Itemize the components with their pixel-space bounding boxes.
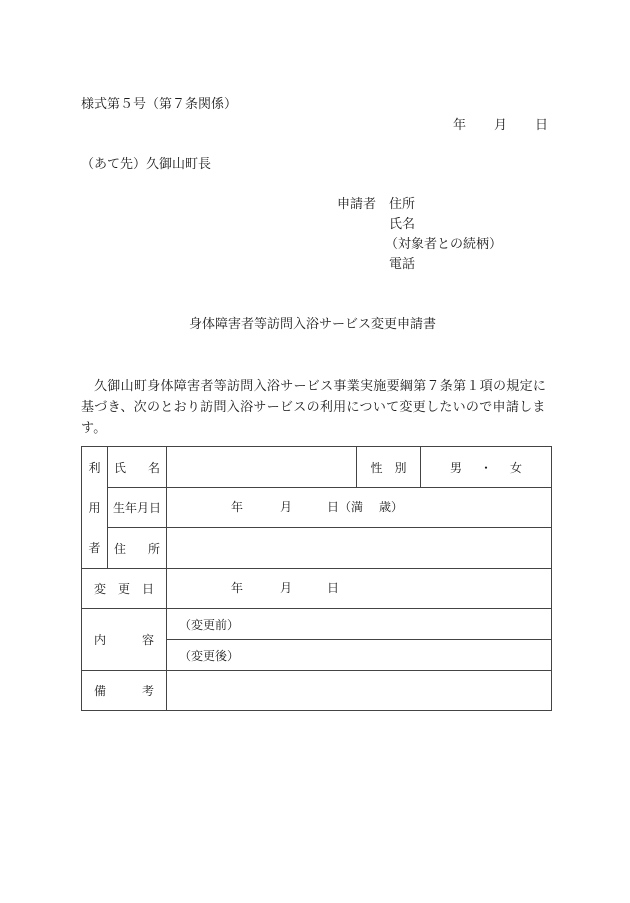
user-group-char-2: 用	[82, 499, 107, 516]
user-group-char-3: 者	[82, 539, 107, 556]
row-address: 住 所	[82, 528, 552, 569]
address-label-char-2: 所	[148, 540, 160, 557]
name-label-char-1: 氏	[114, 459, 126, 476]
address-field[interactable]	[167, 528, 552, 569]
applicant-name-label: 氏名	[389, 218, 415, 231]
content-after-label: （変更後）	[179, 649, 239, 663]
content-after-field[interactable]: （変更後）	[167, 640, 552, 671]
user-group-char-1: 利	[82, 459, 107, 476]
address-label-char-1: 住	[114, 540, 126, 557]
gender-option-male[interactable]: 男	[450, 459, 462, 476]
gender-option-female[interactable]: 女	[510, 459, 522, 476]
content-before-label: （変更前）	[179, 618, 239, 632]
birthdate-label: 生年月日	[108, 488, 167, 528]
applicant-address-label: 住所	[389, 198, 415, 211]
content-before-field[interactable]: （変更前）	[167, 609, 552, 640]
change-date-month: 月	[280, 582, 292, 594]
gender-label-char-1: 性	[370, 459, 382, 476]
content-label: 内 容	[82, 609, 167, 671]
change-date-day: 日	[327, 582, 339, 594]
body-text: 久御山町身体障害者等訪問入浴サービス事業実施要綱第７条第１項の規定に基づき、次の…	[81, 376, 553, 439]
gender-label-char-2: 別	[395, 459, 407, 476]
remarks-field[interactable]	[167, 671, 552, 711]
change-date-label: 変 更 日	[82, 569, 167, 609]
name-label-char-2: 名	[148, 459, 160, 476]
birthdate-field[interactable]: 年 月 日（満 歳）	[167, 488, 552, 528]
date-month-label: 月	[494, 119, 507, 132]
address-label: 住 所	[108, 528, 167, 569]
birthdate-month: 月	[280, 501, 292, 513]
name-label: 氏 名	[108, 447, 167, 488]
user-group-label: 利 用 者	[82, 447, 108, 569]
change-date-field[interactable]: 年 月 日	[167, 569, 552, 609]
change-date-char-3: 日	[142, 580, 154, 597]
document-title: 身体障害者等訪問入浴サービス変更申請書	[189, 318, 436, 331]
addressee: （あて先）久御山町長	[81, 158, 211, 171]
application-table: 利 用 者 氏 名 性 別 男 ・ 女 生年月日	[81, 446, 552, 711]
content-label-char-2: 容	[142, 631, 154, 648]
remarks-label: 備 考	[82, 671, 167, 711]
applicant-relationship-label: （対象者との続柄）	[385, 238, 502, 251]
remarks-label-char-2: 考	[142, 682, 154, 699]
applicant-phone-label: 電話	[389, 258, 415, 271]
change-date-char-1: 変	[94, 580, 106, 597]
date-day-label: 日	[535, 119, 548, 132]
gender-label: 性 別	[357, 447, 421, 488]
row-name: 利 用 者 氏 名 性 別 男 ・ 女	[82, 447, 552, 488]
gender-separator: ・	[480, 459, 492, 476]
applicant-label: 申請者	[337, 198, 376, 211]
birthdate-day-age-open: 日（満	[327, 501, 363, 513]
form-number: 様式第５号（第７条関係）	[81, 98, 237, 111]
row-change-date: 変 更 日 年 月 日	[82, 569, 552, 609]
change-date-year: 年	[231, 582, 243, 594]
gender-field[interactable]: 男 ・ 女	[421, 447, 552, 488]
row-content-before: 内 容 （変更前）	[82, 609, 552, 640]
birthdate-year: 年	[231, 501, 243, 513]
row-remarks: 備 考	[82, 671, 552, 711]
change-date-char-2: 更	[118, 580, 130, 597]
row-birthdate: 生年月日 年 月 日（満 歳）	[82, 488, 552, 528]
date-year-label: 年	[453, 119, 466, 132]
remarks-label-char-1: 備	[94, 682, 106, 699]
name-field[interactable]	[167, 447, 357, 488]
content-label-char-1: 内	[94, 631, 106, 648]
birthdate-age-close: 歳）	[379, 501, 403, 513]
